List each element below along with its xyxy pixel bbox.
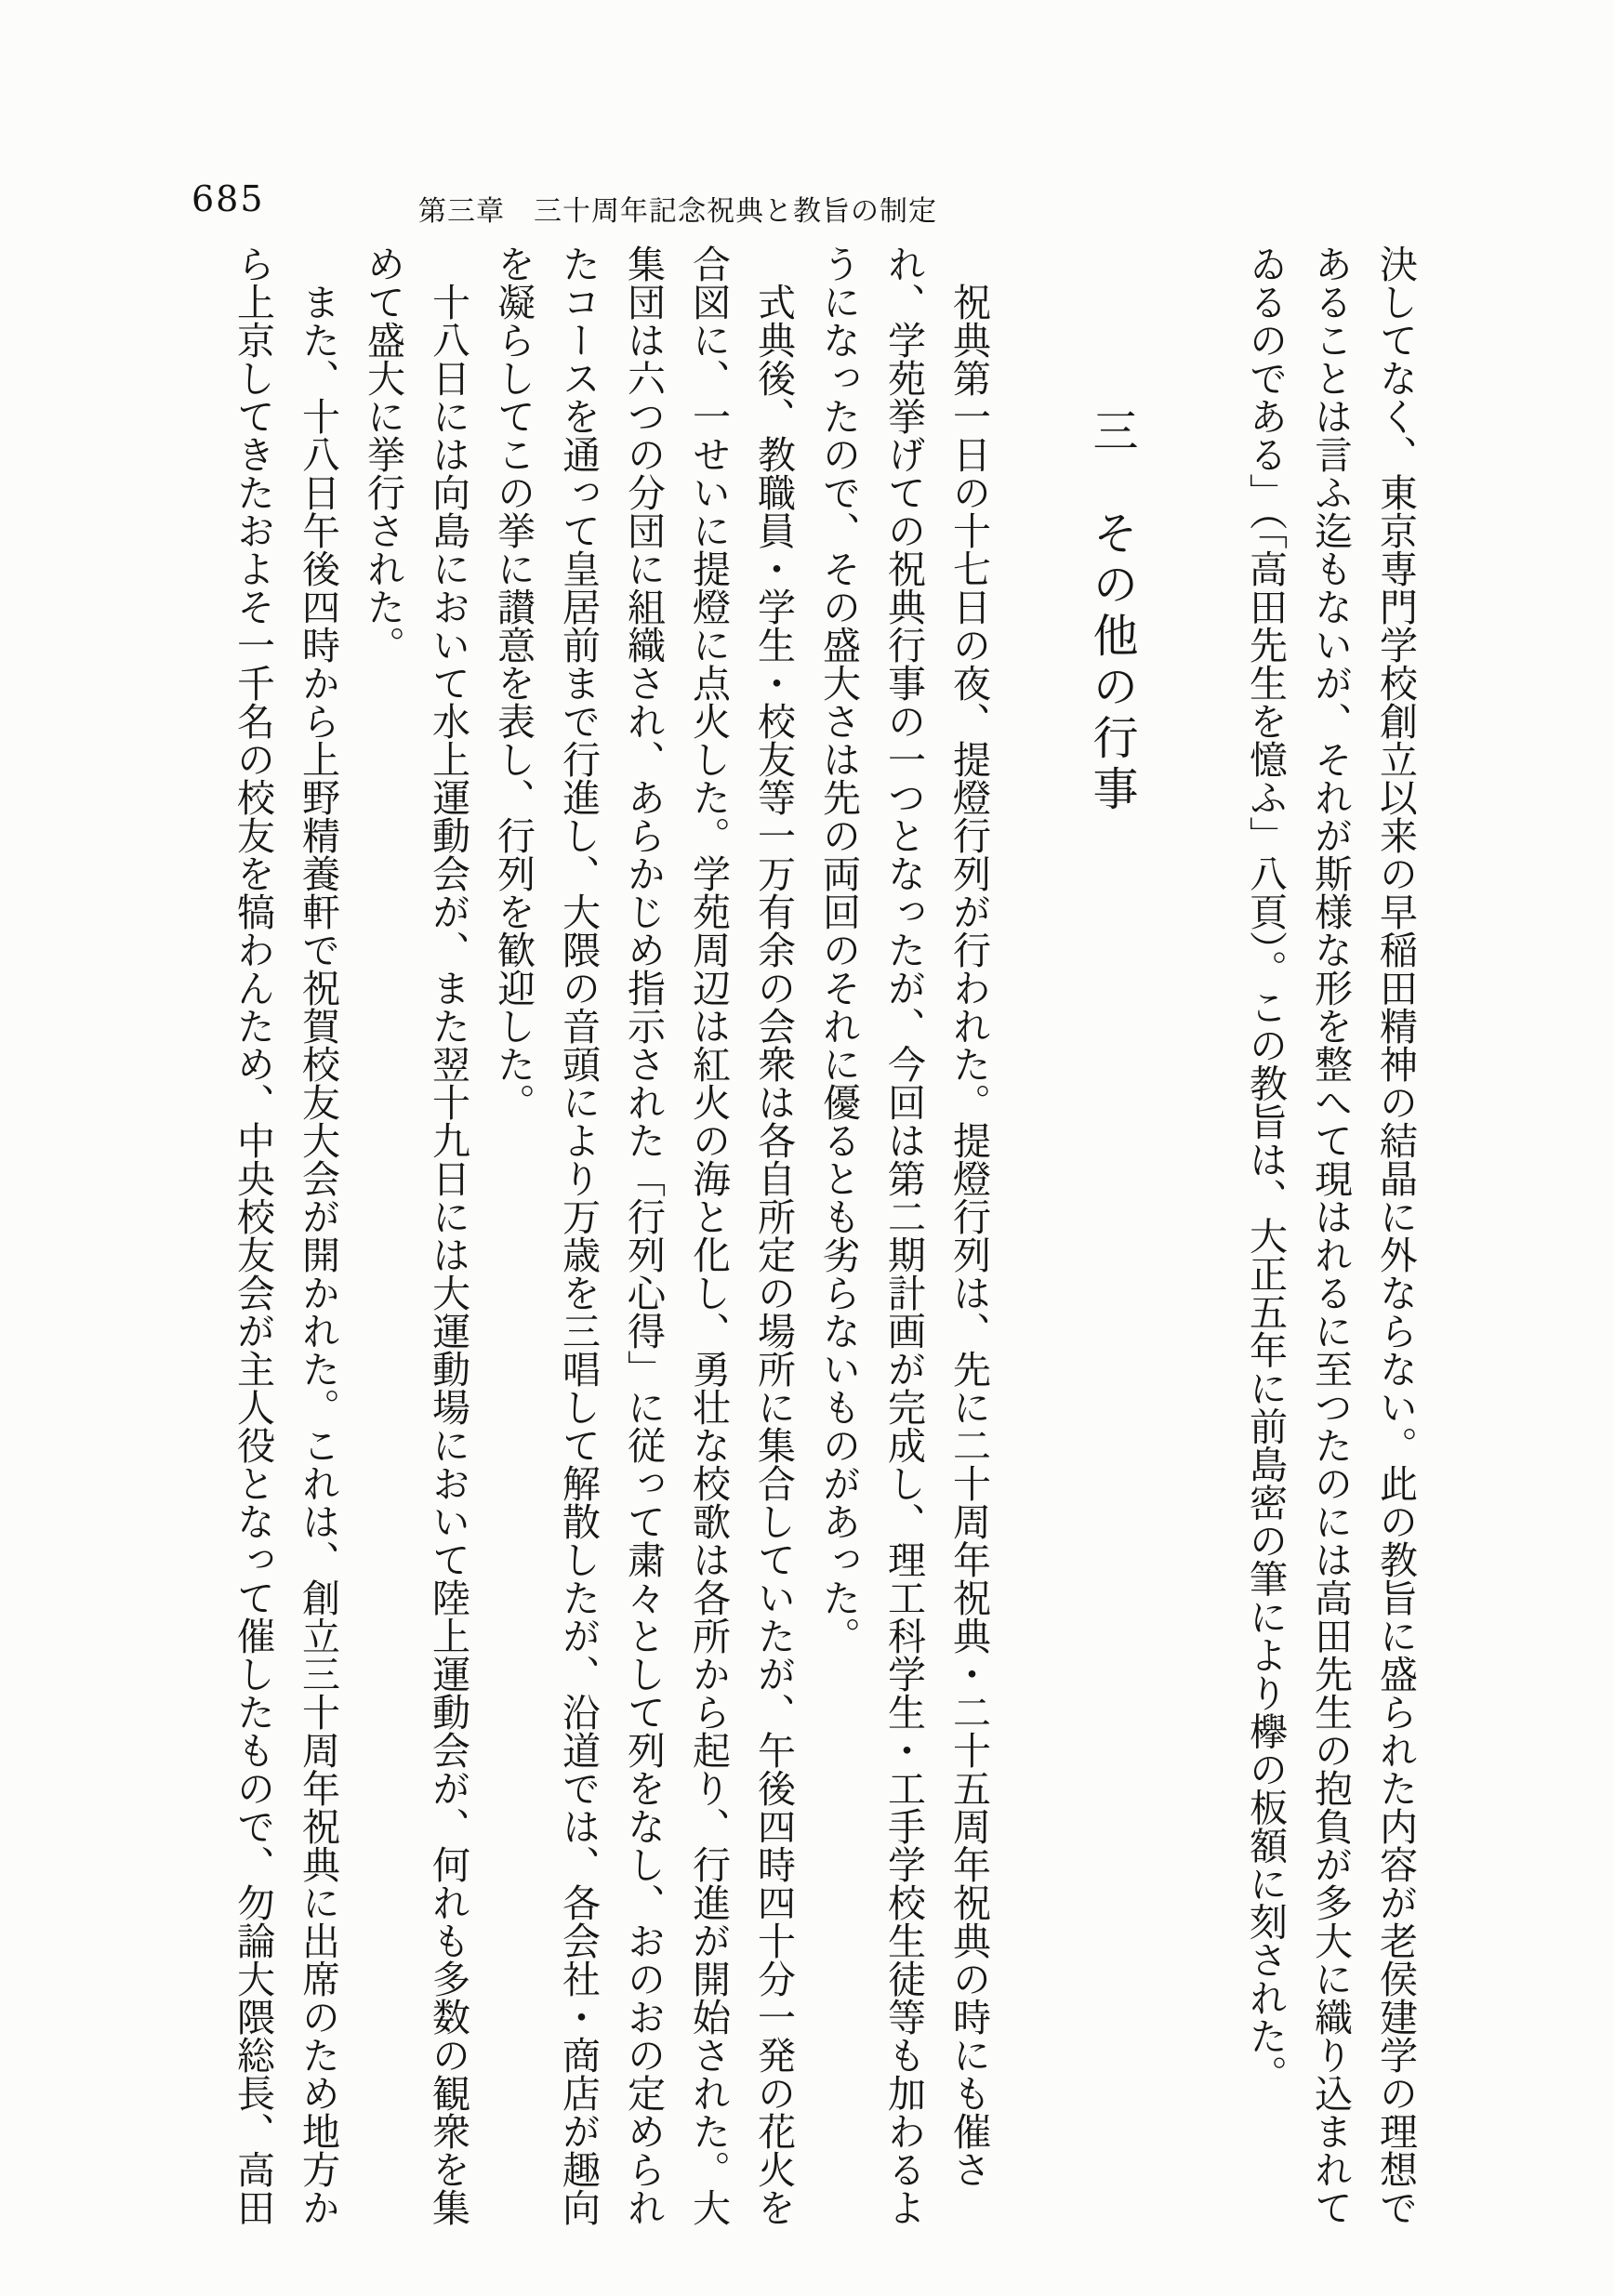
main-text-block: 決してなく、東京専門学校創立以来の早稲田精神の結晶に外ならない。此の教旨に盛られ… (220, 244, 1428, 2226)
book-page: 685 第三章 三十周年記念祝典と教旨の制定 決してなく、東京専門学校創立以来の… (0, 0, 1614, 2296)
paragraph-continued-from-previous-page: 決してなく、東京専門学校創立以来の早稲田精神の結晶に外ならない。此の教旨に盛られ… (1233, 244, 1428, 2226)
section-heading: 三 その他の行事 (1090, 244, 1135, 2226)
paragraph-lantern-procession-2: 式典後、教職員・学生・校友等一万有余の会衆は各自所定の場所に集合していたが、午後… (481, 244, 806, 2226)
paragraph-alumni-banquet: また、十八日午後四時から上野精養軒で祝賀校友大会が開かれた。これは、創立三十周年… (220, 244, 351, 2226)
running-head: 685 第三章 三十周年記念祝典と教旨の制定 (0, 0, 1614, 242)
page-number: 685 (192, 178, 265, 219)
paragraph-lantern-procession-1: 祝典第一日の十七日の夜、提燈行列が行われた。提燈行列は、先に二十周年祝典・二十五… (806, 244, 1001, 2226)
chapter-header: 第三章 三十周年記念祝典と教旨の制定 (418, 188, 937, 229)
paragraph-sports-meets: 十八日には向島において水上運動会が、また翌十九日には大運動場において陸上運動会が… (351, 244, 481, 2226)
